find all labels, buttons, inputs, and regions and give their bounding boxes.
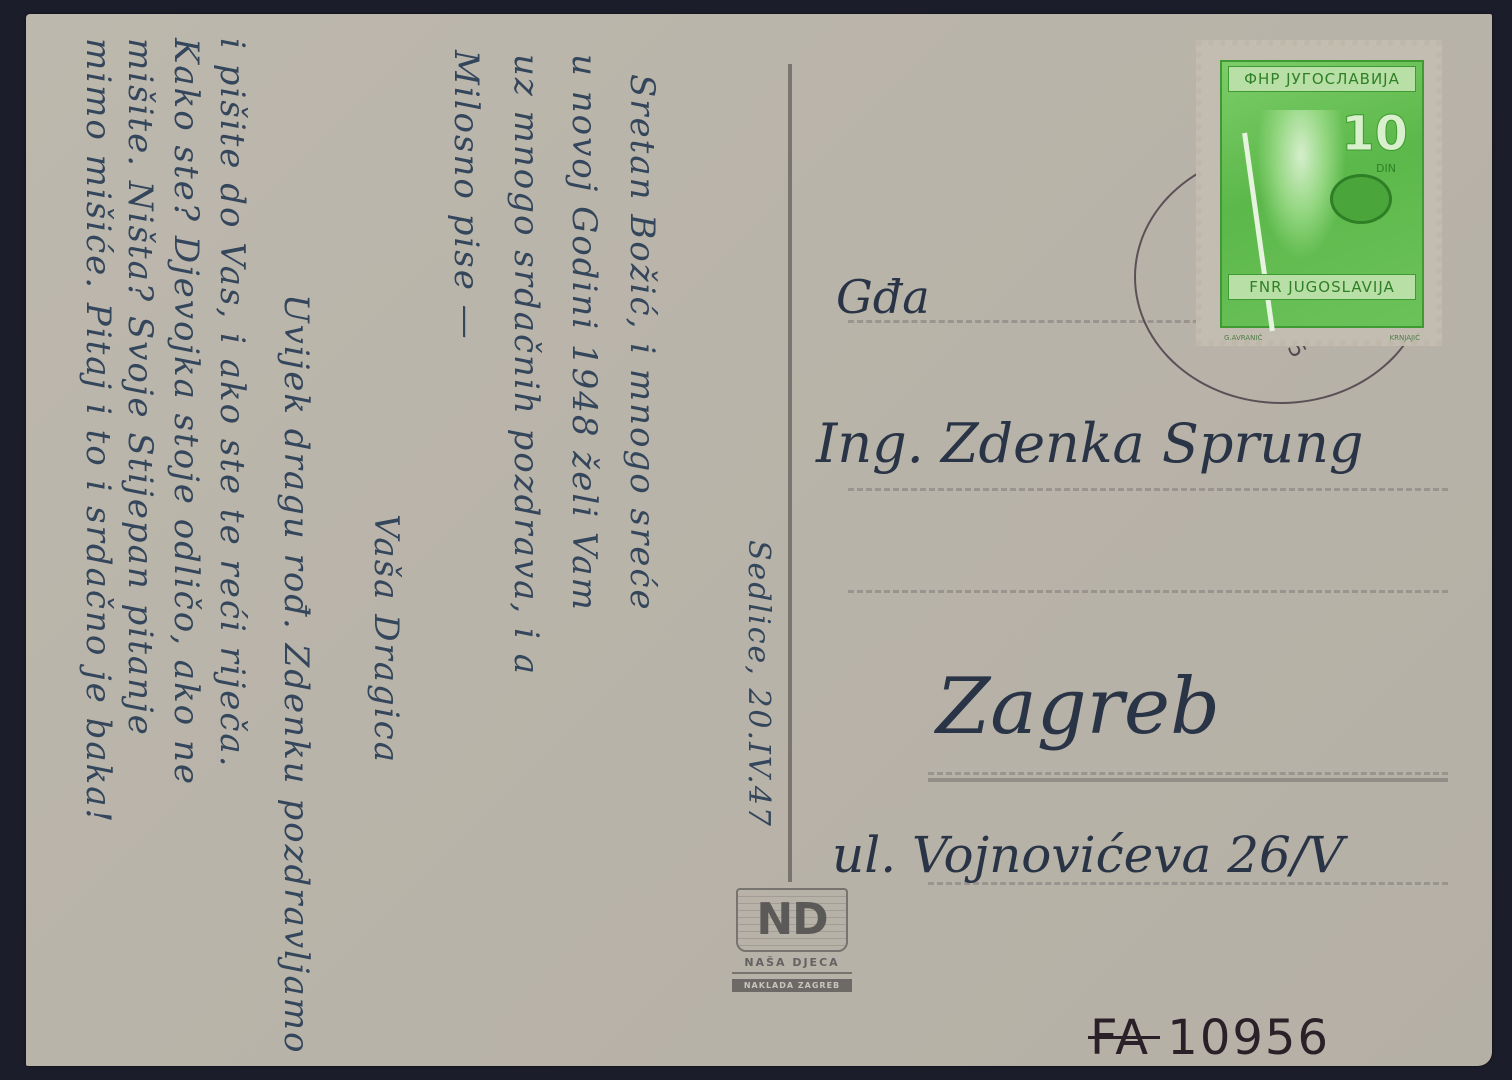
signature: Vaša Dragica (366, 514, 406, 764)
message-line: Kako ste? Djevojka stoje odličo, ako ne (166, 38, 206, 786)
message-line: i pišite do Vas, i ako ste te reći riječ… (212, 38, 252, 769)
open-book-icon: ND (736, 888, 848, 952)
address-city: Zagreb (936, 662, 1220, 752)
center-divider (788, 64, 792, 882)
address-line-4 (928, 772, 1448, 775)
stamp-design: ФНР ЈУГОСЛАВИЈА 10 DIN FNR JUGOSLAVIJA G… (1220, 60, 1424, 328)
address-line-2 (848, 488, 1448, 491)
address-name: Ing. Zdenka Sprung (816, 412, 1363, 475)
stamp-country-cyrillic: ФНР ЈУГОСЛАВИЈА (1228, 66, 1416, 92)
message-line: u novoj Godini 1948 želi Vam (564, 54, 604, 612)
postage-stamp: ФНР ЈУГОСЛАВИЈА 10 DIN FNR JUGOSLAVIJA G… (1196, 40, 1442, 346)
stamp-currency: DIN (1376, 162, 1396, 175)
address-street: ul. Vojnovićeva 26/V (832, 826, 1344, 884)
archive-number: FA 10956 (1090, 1010, 1330, 1066)
publisher-subtitle: NAKLADA ZAGREB (732, 979, 852, 992)
place-date: Sedlice, 20.IV.47 (741, 540, 776, 828)
message-line: uz mnogo srdačnih pozdrava, i a (506, 54, 546, 676)
address-salutation: Gđa (836, 270, 930, 324)
message-line: mišite. Ništa? Svoje Stijepan pitanje (120, 38, 160, 737)
address-line-3 (848, 590, 1448, 593)
publisher-logo: ND NAŠA DJECA NAKLADA ZAGREB (732, 888, 852, 992)
stamp-designer-left: G.AVRANIĆ (1224, 334, 1262, 342)
publisher-name: NAŠA DJECA (732, 956, 852, 974)
address-line-4-underline (928, 778, 1448, 782)
message-line: mimo mišiće. Pitaj i to i srdačno je bak… (78, 38, 118, 824)
publisher-monogram: ND (738, 894, 846, 945)
farmer-figure-icon (1256, 110, 1346, 260)
message-line: Sretan Božić, i mnogo sreće (622, 74, 662, 612)
message-line: Milosno pise — (446, 50, 486, 341)
fruit-basket-icon (1330, 174, 1392, 224)
stamp-value: 10 (1341, 106, 1408, 162)
message-line: Uvijek dragu rođ. Zdenku pozdravljamo (276, 294, 316, 1054)
stamp-country-latin: FNR JUGOSLAVIJA (1228, 274, 1416, 300)
stamp-designer-right: KRNJAJIĆ (1390, 334, 1420, 342)
